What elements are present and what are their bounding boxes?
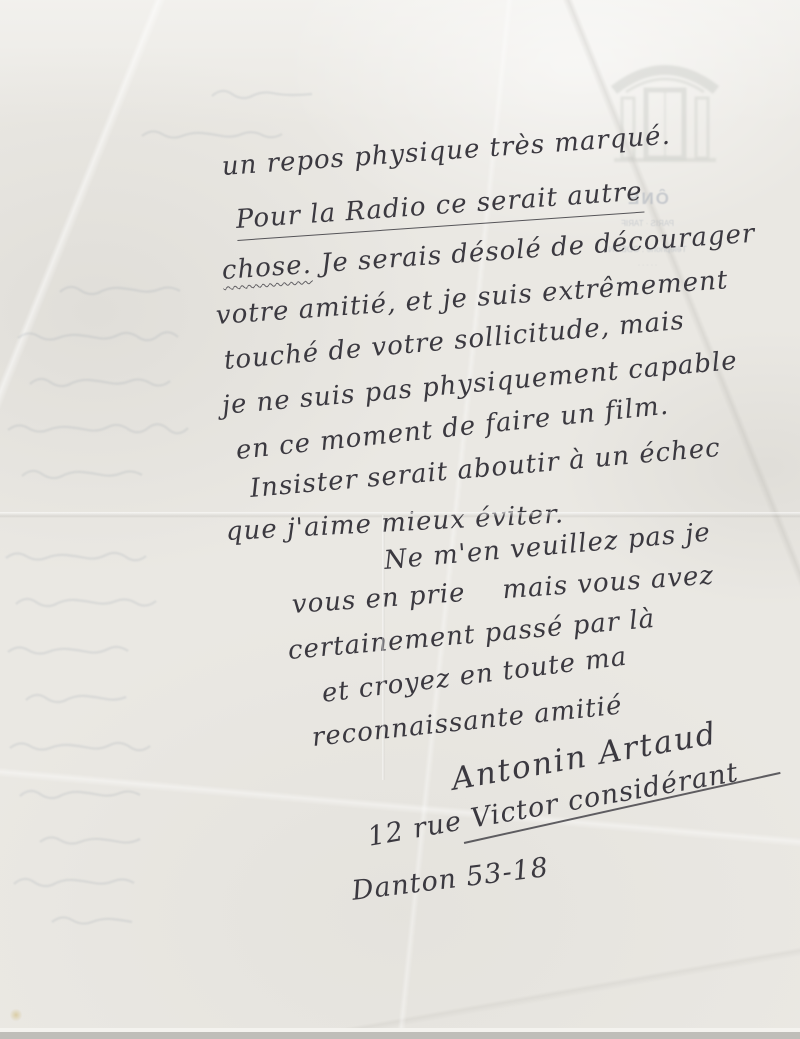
wavy-underlined-word: chose. (221, 250, 313, 286)
scan-background-strip (0, 1032, 800, 1039)
paper-stain (10, 1008, 22, 1022)
scanned-letter-page: ÔNE PARIS · TARIF Téléphone : ODÉON · · … (0, 0, 800, 1039)
